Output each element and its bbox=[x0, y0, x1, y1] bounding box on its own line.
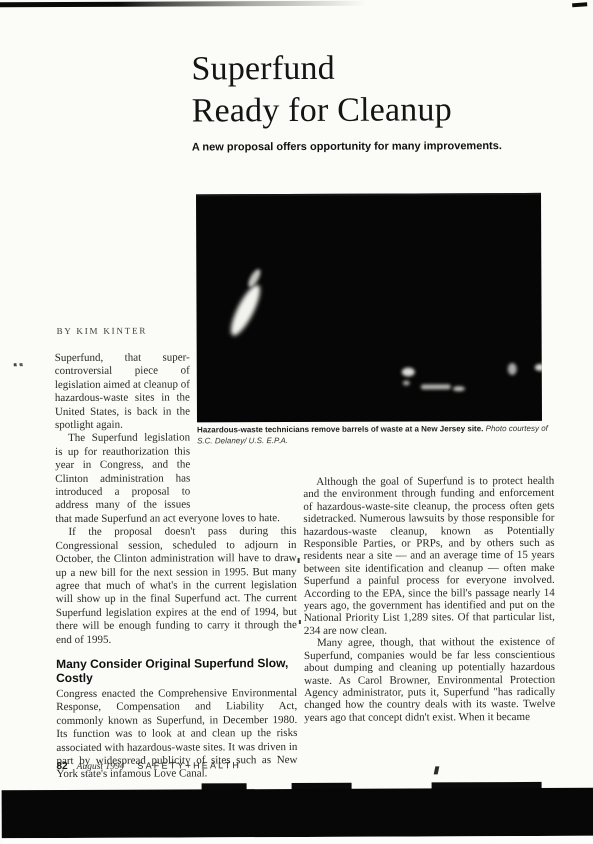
photo-wrap-spacer bbox=[190, 351, 297, 499]
page-number: 82 bbox=[56, 761, 67, 772]
left-column: Superfund, that super-controversial piec… bbox=[55, 351, 298, 782]
article-title-line2: Ready for Cleanup bbox=[192, 89, 572, 133]
magazine-name: SAFETY+HEALTH bbox=[137, 760, 241, 770]
scan-ink-mark bbox=[434, 766, 440, 774]
right-column: Although the goal of Superfund is to pro… bbox=[303, 475, 555, 724]
photo-highlight-barrel bbox=[508, 363, 517, 375]
scan-smudge-top-right bbox=[572, 2, 587, 7]
body-paragraph: If the proposal doesn't pass during this… bbox=[55, 525, 297, 647]
article-byline: BY KIM KINTER bbox=[57, 326, 148, 336]
issue-date: August 1994 bbox=[77, 762, 125, 772]
photo-highlight-barrel bbox=[403, 381, 410, 386]
scan-column-artifact bbox=[298, 558, 300, 563]
article-standfirst: A new proposal offers opportunity for ma… bbox=[192, 140, 572, 154]
body-paragraph: Although the goal of Superfund is to pro… bbox=[303, 475, 555, 637]
body-paragraph: Many agree, though, that without the exi… bbox=[304, 636, 555, 724]
page-footer: 82 August 1994 SAFETY+HEALTH bbox=[56, 760, 241, 772]
scan-bottom-edge bbox=[2, 836, 593, 844]
photo-highlight-technician bbox=[226, 282, 265, 339]
photo-highlight-barrel bbox=[453, 386, 465, 391]
article-title: Superfund Ready for Cleanup bbox=[191, 47, 571, 133]
page-content: Superfund Ready for Cleanup A new propos… bbox=[0, 0, 593, 844]
scan-black-bar bbox=[2, 788, 593, 839]
section-heading: Many Consider Original Superfund Slow, C… bbox=[56, 656, 297, 685]
photo-highlight-barrel bbox=[421, 384, 451, 389]
photo-highlight-barrel bbox=[535, 364, 542, 371]
scan-smudge-top bbox=[0, 1, 366, 8]
magazine-page: Superfund Ready for Cleanup A new propos… bbox=[0, 0, 593, 844]
scan-margin-marks bbox=[14, 363, 26, 366]
photo-highlight-barrel bbox=[402, 367, 415, 376]
scan-column-artifact bbox=[299, 620, 301, 624]
article-title-line1: Superfund bbox=[191, 47, 571, 91]
